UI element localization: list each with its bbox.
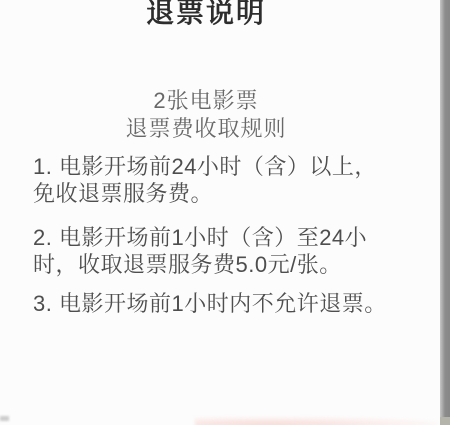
rule-item-3: 3. 电影开场前1小时内不允许退票。 (33, 290, 428, 317)
rule-line: 1. 电影开场前24小时（含）以上， (33, 153, 428, 180)
bottom-left-artifact (0, 416, 9, 421)
rule-line: 3. 电影开场前1小时内不允许退票。 (33, 290, 428, 317)
rule-line: 免收退票服务费。 (33, 180, 428, 207)
rule-item-2: 2. 电影开场前1小时（含）至24小 时，收取退票服务费5.0元/张。 (33, 224, 428, 278)
rule-line: 时，收取退票服务费5.0元/张。 (33, 251, 428, 278)
bottom-button-hint (195, 417, 438, 425)
ticket-count-text: 2张电影票 (0, 84, 412, 115)
rules-heading: 退票费收取规则 (0, 112, 412, 143)
rule-line: 2. 电影开场前1小时（含）至24小 (33, 224, 428, 251)
page-title: 退票说明 (0, 0, 412, 31)
screen-edge-bar (440, 0, 450, 425)
refund-info-screen: 退票说明 2张电影票 退票费收取规则 1. 电影开场前24小时（含）以上， 免收… (0, 0, 450, 425)
rule-item-1: 1. 电影开场前24小时（含）以上， 免收退票服务费。 (33, 153, 428, 207)
screen-edge-bar-bottom (440, 417, 450, 425)
